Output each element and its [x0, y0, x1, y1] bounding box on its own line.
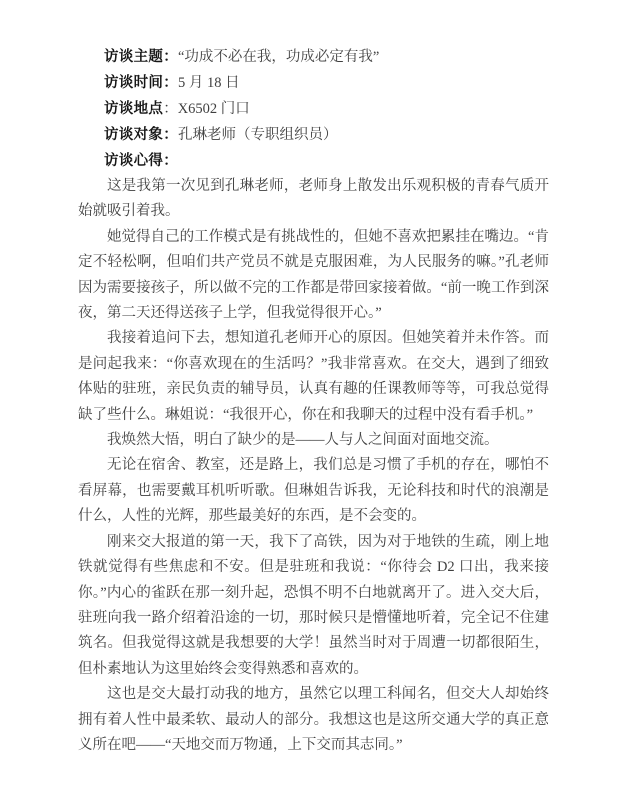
meta-line: 访谈地点：X6502 门口 — [104, 96, 549, 122]
essay-paragraph: 刚来交大报道的第一天，我下了高铁，因为对于地铁的生疏，刚上地铁就觉得有些焦虑和不… — [78, 530, 549, 682]
meta-line: 访谈对象：孔琳老师（专职组织员） — [104, 122, 549, 148]
meta-line: 访谈主题：“功成不必在我，功成必定有我” — [104, 44, 549, 70]
interview-notes-body: 这是我第一次见到孔琳老师，老师身上散发出乐观积极的青春气质开始就吸引着我。 她觉… — [78, 174, 549, 758]
meta-line: 访谈时间：5 月 18 日 — [104, 70, 549, 96]
essay-paragraph: 我焕然大悟，明白了缺少的是——人与人之间面对面地交流。 — [78, 428, 549, 453]
meta-label: 访谈地点 — [104, 101, 163, 117]
essay-paragraph: 我接着追问下去，想知道孔老师开心的原因。但她笑着并未作答。而是问起我来：“你喜欢… — [78, 326, 549, 428]
meta-label: 访谈主题： — [104, 49, 178, 65]
essay-paragraph: 无论在宿舍、教室，还是路上，我们总是习惯了手机的存在，哪怕不看屏幕，也需要戴耳机… — [78, 453, 549, 529]
essay-paragraph: 这是我第一次见到孔琳老师，老师身上散发出乐观积极的青春气质开始就吸引着我。 — [78, 174, 549, 225]
meta-value: “功成不必在我，功成必定有我” — [178, 49, 379, 65]
document-page: 访谈主题：“功成不必在我，功成必定有我” 访谈时间：5 月 18 日 访谈地点：… — [0, 0, 632, 791]
meta-label: 访谈时间： — [104, 75, 178, 91]
interview-meta-block: 访谈主题：“功成不必在我，功成必定有我” 访谈时间：5 月 18 日 访谈地点：… — [78, 44, 549, 174]
meta-value: 孔琳老师（专职组织员） — [178, 127, 338, 143]
meta-value: 5 月 18 日 — [178, 75, 240, 91]
meta-label: 访谈心得： — [104, 153, 178, 169]
essay-paragraph: 她觉得自己的工作模式是有挑战性的，但她不喜欢把累挂在嘴边。“肯定不轻松啊，但咱们… — [78, 225, 549, 327]
meta-line: 访谈心得： — [104, 148, 549, 174]
meta-label: 访谈对象： — [104, 127, 178, 143]
meta-value: ：X6502 门口 — [163, 101, 250, 117]
essay-paragraph: 这也是交大最打动我的地方，虽然它以理工科闻名，但交大人却始终拥有着人性中最柔软、… — [78, 682, 549, 758]
